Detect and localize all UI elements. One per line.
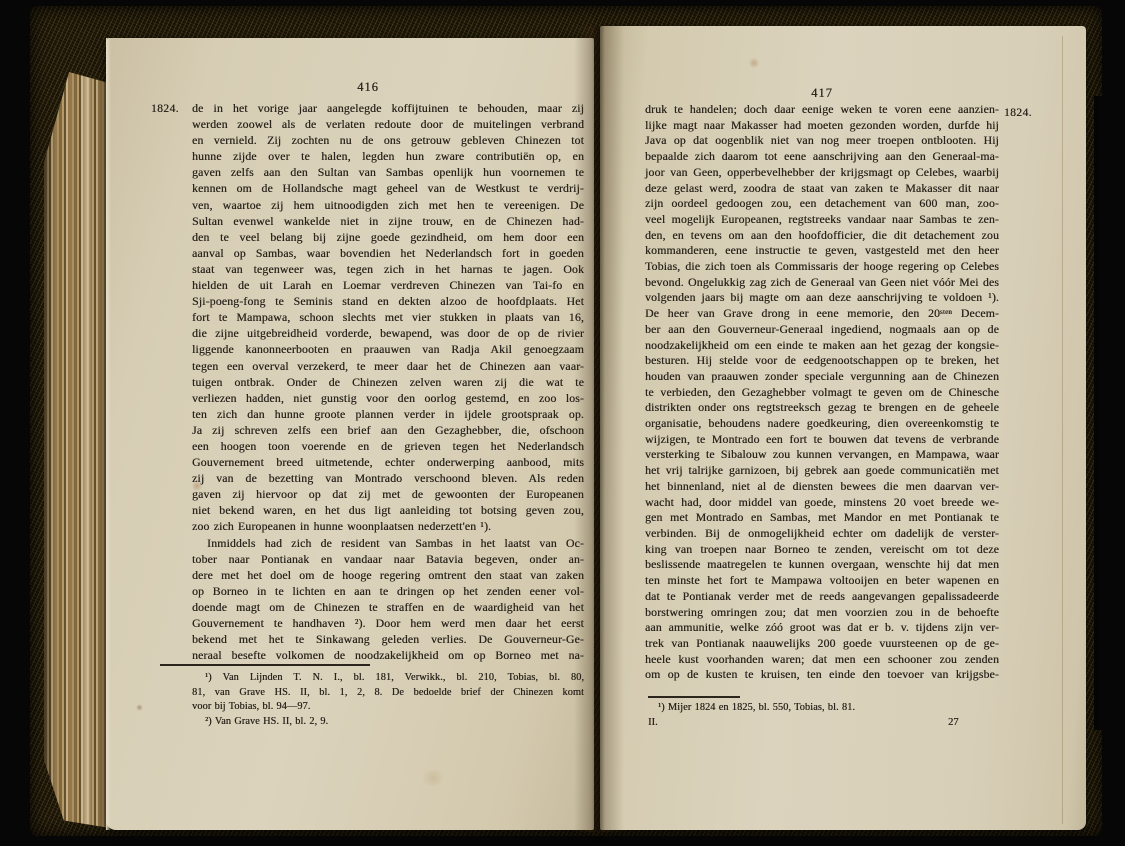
text-line: tuigen ontbrak. Onder de Chinezen zelven… — [192, 374, 584, 390]
text-line: Java op dat oogenblik niet van nog meer … — [645, 133, 999, 149]
text-line: joor van Geen, opperbevelhebber der krij… — [645, 165, 999, 181]
text-line: hielden de uit Larah en Loemar verdreven… — [192, 277, 584, 293]
text-line: volgenden jaars bij magte om aan deze aa… — [645, 290, 999, 306]
right-page-number: 417 — [647, 86, 997, 101]
left-page-number: 416 — [193, 80, 543, 95]
text-line: aan ammunitie, welke zóó groot was dat e… — [645, 620, 999, 636]
text-line: borstwering omringen zou; dat men voorzi… — [645, 605, 999, 621]
text-line: wijzigen, te Montrado een fort te bouwen… — [645, 432, 999, 448]
left-footnote-separator — [160, 664, 370, 666]
text-line: kommanderen, eene instructie te geven, v… — [645, 243, 999, 259]
text-line: den, en tevens om aan den hoofdofficier,… — [645, 228, 999, 244]
text-line: veel mogelijk Europeanen, regtstreeks va… — [645, 212, 999, 228]
text-line: heele kust voorhanden waren; dat men een… — [645, 652, 999, 668]
text-line: Gouvernement te handhaven ²). Door hem w… — [192, 615, 584, 631]
fore-edge-page-stack — [44, 72, 110, 828]
background-shadow — [1094, 96, 1125, 730]
text-line: neraal besefte volkomen de noodzakelijkh… — [192, 647, 584, 663]
text-line: zij van de bezetting van Montrado versch… — [192, 470, 584, 486]
text-line: besturen. Hij stelde voor de eedgenootsc… — [645, 353, 999, 369]
text-line: op Borneo in te lichten en aan te dringe… — [192, 583, 584, 599]
text-line: gaven zij hiervoor op dat zij met de gew… — [192, 486, 584, 502]
text-line: aanval op Sambas, waar bovendien het Ned… — [192, 245, 584, 261]
text-line: ¹) Van Lijnden T. N. I., bl. 181, Verwik… — [192, 671, 584, 686]
text-line: wacht had, door middel van goede, minste… — [645, 495, 999, 511]
text-line: hunne zijde over te halen, legden hun zw… — [192, 148, 584, 164]
text-line: Sultan evenwel wankelde niet in zijne tr… — [192, 213, 584, 229]
text-line: bekend met het te Sinkawang geleden verl… — [192, 631, 584, 647]
text-line: houden van praauwen zonder speciale verg… — [645, 369, 999, 385]
text-line: zijn oordeel gedoogen zou, een detacheme… — [645, 196, 999, 212]
text-line: king van troepen naar Borneo te zenden, … — [645, 542, 999, 558]
text-line: dere met het doel om de hooge regering o… — [192, 567, 584, 583]
text-line: gaven zelfs aan den Sultan van Sambas op… — [192, 164, 584, 180]
text-line: staat van tegenweer was, tegen zich in h… — [192, 261, 584, 277]
right-margin-year-note: 1824. — [1004, 107, 1032, 119]
text-line: gen met Montrado en Sambas, met Mandor e… — [645, 510, 999, 526]
text-line: tober naar Pontianak en vandaar naar Bat… — [192, 551, 584, 567]
text-line: Tobias, die zich toen als Commissaris de… — [645, 259, 999, 275]
text-line: dat te Pontianak verder met de reeds aan… — [645, 589, 999, 605]
text-line: en vernield. Zij zochten nu de ons getro… — [192, 132, 584, 148]
text-line: bevond. Ongelukkig zag zich de Generaal … — [645, 275, 999, 291]
text-line: 81, van Grave HS. II, bl. 1, 2, 8. De be… — [192, 686, 584, 701]
text-line: De heer van Grave drong in eene memorie,… — [645, 306, 999, 322]
text-line: ber aan den Gouverneur-Generaal ingedien… — [645, 322, 999, 338]
text-line: organisatie, behoudens nadere goedkeurin… — [645, 416, 999, 432]
text-line: Ja zij schreven zelfs een brief aan den … — [192, 422, 584, 438]
text-line: Inmiddels had zich de resident van Samba… — [192, 535, 584, 551]
text-line: Gouvernement breed uitmetende, echter on… — [192, 454, 584, 470]
text-line: het vrij talrijke garnizoen, bij gebrek … — [645, 463, 999, 479]
book-scan: 416 1824. de in het vorige jaar aangeleg… — [0, 0, 1125, 846]
text-line: zoo zich Europeanen in hunne woonplaatse… — [192, 518, 584, 534]
text-line: niet bekend waren, en het dus ligt aanle… — [192, 502, 584, 518]
text-line: fort te Mampawa, schoon slechts met vier… — [192, 309, 584, 325]
text-line: noodzakelijkheid om een einde te maken a… — [645, 338, 999, 354]
text-line: ten zich dan hunne groote plannen verder… — [192, 406, 584, 422]
text-line: de in het vorige jaar aangelegde koffijt… — [192, 100, 584, 116]
text-line: Sji-poeng-fong te Seminis stand en dekte… — [192, 293, 584, 309]
text-line: deze gelast werd, zoodra de staat van za… — [645, 181, 999, 197]
text-line: doende magt om de Chinezen te straffen e… — [192, 599, 584, 615]
text-line: te verbieden, den Gezaghebber volmagt te… — [645, 385, 999, 401]
sheet-number: 27 — [948, 717, 959, 728]
text-line: druk te handelen; doch daar eenige weken… — [645, 102, 999, 118]
text-line: ten minste het fort te Mampawa voltooije… — [645, 573, 999, 589]
text-line: ¹) Mijer 1824 en 1825, bl. 550, Tobias, … — [645, 701, 999, 716]
text-line: bepaalde zich daarom tot eene aanschrijv… — [645, 149, 999, 165]
text-line: verbinden. Bij de onmogelijkheid echter … — [645, 526, 999, 542]
text-line: verliezen hadden, niet gunstig voor den … — [192, 390, 584, 406]
left-footnotes: ¹) Van Lijnden T. N. I., bl. 181, Verwik… — [192, 671, 584, 729]
text-line: ²) Van Grave HS. II, bl. 2, 9. — [192, 715, 584, 730]
text-line: den te veel belang bij zijne goede gezin… — [192, 229, 584, 245]
left-body-text: de in het vorige jaar aangelegde koffijt… — [192, 100, 584, 663]
text-line: tegen een overval verzekerd, te meer daa… — [192, 358, 584, 374]
right-footnotes: ¹) Mijer 1824 en 1825, bl. 550, Tobias, … — [645, 701, 999, 716]
signature-row: II. 27 — [648, 717, 1002, 728]
right-body-text: druk te handelen; doch daar eenige weken… — [645, 102, 999, 683]
text-line: werden zoowel als de verlaten redoute do… — [192, 116, 584, 132]
text-line: kennen om de Hollandsche magt geheel van… — [192, 180, 584, 196]
signature-mark: II. — [648, 717, 658, 728]
text-line: trek van Pontianak naauwelijks 200 goede… — [645, 636, 999, 652]
text-line: versterking te Sibalouw zou kunnen verva… — [645, 447, 999, 463]
text-line: liggende kanonneerbooten en praauwen van… — [192, 341, 584, 357]
text-line: distrikten onder ons regtstreeksch gezag… — [645, 400, 999, 416]
text-line: een hoogen toon voerende en de grieven t… — [192, 438, 584, 454]
text-line: lijke magt naar Makasser had moeten gezo… — [645, 118, 999, 134]
text-line: die zijne uitgebreidheid vorderde, bewap… — [192, 325, 584, 341]
right-footnote-separator — [648, 696, 740, 698]
text-line: voor bij Tobias, bl. 94—97. — [192, 700, 584, 715]
text-line: om op de kusten te kruisen, ten einde de… — [645, 667, 999, 683]
text-line: het binnenland, niet al de diensten bewe… — [645, 479, 999, 495]
text-line: ven, waartoe zij hem uitnoodigden zich m… — [192, 197, 584, 213]
text-line: beslissende maatregelen te kunnen overga… — [645, 557, 999, 573]
left-margin-year-note: 1824. — [151, 103, 179, 115]
